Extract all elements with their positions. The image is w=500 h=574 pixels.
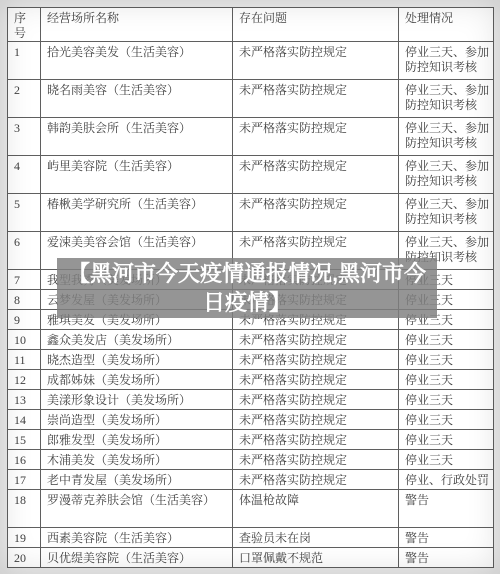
col-header-action: 处理情况 <box>399 8 494 42</box>
cell-problem: 未严格落实防控规定 <box>233 118 399 156</box>
cell-problem: 口罩佩戴不规范 <box>233 548 399 568</box>
cell-action: 停业三天、参加防控知识考核 <box>399 42 494 80</box>
cell-index: 3 <box>8 118 41 156</box>
cell-index: 7 <box>8 270 41 290</box>
cell-index: 6 <box>8 232 41 270</box>
cell-problem: 未严格落实防控规定 <box>233 194 399 232</box>
cell-name: 拾光美容美发（生活美容） <box>41 42 233 80</box>
cell-index: 10 <box>8 330 41 350</box>
cell-name: 晓名雨美容（生活美容） <box>41 80 233 118</box>
cell-action: 停业三天、参加防控知识考核 <box>399 80 494 118</box>
col-header-name: 经营场所名称 <box>41 8 233 42</box>
cell-problem: 未严格落实防控规定 <box>233 350 399 370</box>
cell-action: 停业三天 <box>399 350 494 370</box>
cell-name: 成都姊妹（美发场所） <box>41 370 233 390</box>
cell-index: 18 <box>8 490 41 528</box>
cell-name: 老中青发屋（美发场所） <box>41 470 233 490</box>
cell-problem: 未严格落实防控规定 <box>233 42 399 80</box>
table-row: 18 罗漫蒂克养肤会馆（生活美容） 体温枪故障 警告 <box>8 490 494 528</box>
cell-problem: 未严格落实防控规定 <box>233 410 399 430</box>
table-row: 1 拾光美容美发（生活美容） 未严格落实防控规定 停业三天、参加防控知识考核 <box>8 42 494 80</box>
cell-problem: 体温枪故障 <box>233 490 399 528</box>
cell-index: 4 <box>8 156 41 194</box>
cell-index: 16 <box>8 450 41 470</box>
cell-action: 警告 <box>399 528 494 548</box>
cell-name: 美漾形象设计（美发场所） <box>41 390 233 410</box>
cell-name: 贝优缇美容院（生活美容） <box>41 548 233 568</box>
cell-index: 17 <box>8 470 41 490</box>
table-row: 11 晓杰造型（美发场所） 未严格落实防控规定 停业三天 <box>8 350 494 370</box>
cell-action: 停业、行政处罚 <box>399 470 494 490</box>
col-header-index: 序号 <box>8 8 41 42</box>
cell-index: 14 <box>8 410 41 430</box>
table-header-row: 序号 经营场所名称 存在问题 处理情况 <box>8 8 494 42</box>
cell-name: 木浦美发（美发场所） <box>41 450 233 470</box>
cell-problem: 未严格落实防控规定 <box>233 80 399 118</box>
cell-problem: 未严格落实防控规定 <box>233 330 399 350</box>
cell-action: 停业三天、参加防控知识考核 <box>399 118 494 156</box>
col-header-problem: 存在问题 <box>233 8 399 42</box>
table-row: 3 韩韵美肤会所（生活美容） 未严格落实防控规定 停业三天、参加防控知识考核 <box>8 118 494 156</box>
table-row: 4 屿里美容院（生活美容） 未严格落实防控规定 停业三天、参加防控知识考核 <box>8 156 494 194</box>
table-row: 13 美漾形象设计（美发场所） 未严格落实防控规定 停业三天 <box>8 390 494 410</box>
watermark-line-1: 【黑河市今天疫情通报情况,黑河市今 <box>68 259 426 288</box>
cell-name: 鑫众美发店（美发场所） <box>41 330 233 350</box>
cell-action: 停业三天 <box>399 450 494 470</box>
cell-index: 11 <box>8 350 41 370</box>
table-row: 16 木浦美发（美发场所） 未严格落实防控规定 停业三天 <box>8 450 494 470</box>
table-row: 12 成都姊妹（美发场所） 未严格落实防控规定 停业三天 <box>8 370 494 390</box>
cell-index: 5 <box>8 194 41 232</box>
table-row: 17 老中青发屋（美发场所） 未严格落实防控规定 停业、行政处罚 <box>8 470 494 490</box>
cell-action: 停业三天 <box>399 430 494 450</box>
table-row: 5 椿楸美学研究所（生活美容） 未严格落实防控规定 停业三天、参加防控知识考核 <box>8 194 494 232</box>
cell-action: 停业三天 <box>399 330 494 350</box>
cell-name: 屿里美容院（生活美容） <box>41 156 233 194</box>
cell-index: 1 <box>8 42 41 80</box>
cell-index: 2 <box>8 80 41 118</box>
cell-problem: 未严格落实防控规定 <box>233 430 399 450</box>
cell-name: 崇尚造型（美发场所） <box>41 410 233 430</box>
cell-action: 停业三天 <box>399 390 494 410</box>
cell-problem: 未严格落实防控规定 <box>233 450 399 470</box>
table-row: 14 崇尚造型（美发场所） 未严格落实防控规定 停业三天 <box>8 410 494 430</box>
cell-index: 15 <box>8 430 41 450</box>
cell-name: 罗漫蒂克养肤会馆（生活美容） <box>41 490 233 528</box>
table-row: 19 西素美容院（生活美容） 查验员未在岗 警告 <box>8 528 494 548</box>
cell-index: 19 <box>8 528 41 548</box>
cell-action: 停业三天、参加防控知识考核 <box>399 156 494 194</box>
cell-index: 8 <box>8 290 41 310</box>
cell-name: 椿楸美学研究所（生活美容） <box>41 194 233 232</box>
cell-problem: 未严格落实防控规定 <box>233 156 399 194</box>
cell-index: 13 <box>8 390 41 410</box>
cell-name: 韩韵美肤会所（生活美容） <box>41 118 233 156</box>
cell-problem: 未严格落实防控规定 <box>233 370 399 390</box>
cell-name: 西素美容院（生活美容） <box>41 528 233 548</box>
watermark-overlay: 【黑河市今天疫情通报情况,黑河市今 日疫情】 <box>57 258 437 318</box>
cell-action: 停业三天 <box>399 410 494 430</box>
cell-name: 晓杰造型（美发场所） <box>41 350 233 370</box>
table-row: 10 鑫众美发店（美发场所） 未严格落实防控规定 停业三天 <box>8 330 494 350</box>
watermark-line-2: 日疫情】 <box>203 288 291 317</box>
cell-name: 郎雅发型（美发场所） <box>41 430 233 450</box>
cell-index: 9 <box>8 310 41 330</box>
cell-index: 20 <box>8 548 41 568</box>
cell-action: 停业三天 <box>399 370 494 390</box>
cell-problem: 未严格落实防控规定 <box>233 470 399 490</box>
cell-action: 停业三天、参加防控知识考核 <box>399 194 494 232</box>
cell-problem: 未严格落实防控规定 <box>233 390 399 410</box>
cell-action: 警告 <box>399 548 494 568</box>
cell-index: 12 <box>8 370 41 390</box>
table-row: 2 晓名雨美容（生活美容） 未严格落实防控规定 停业三天、参加防控知识考核 <box>8 80 494 118</box>
table-row: 20 贝优缇美容院（生活美容） 口罩佩戴不规范 警告 <box>8 548 494 568</box>
table-row: 15 郎雅发型（美发场所） 未严格落实防控规定 停业三天 <box>8 430 494 450</box>
screenshot-root: 序号 经营场所名称 存在问题 处理情况 1 拾光美容美发（生活美容） 未严格落实… <box>0 0 500 574</box>
cell-action: 警告 <box>399 490 494 528</box>
cell-problem: 查验员未在岗 <box>233 528 399 548</box>
